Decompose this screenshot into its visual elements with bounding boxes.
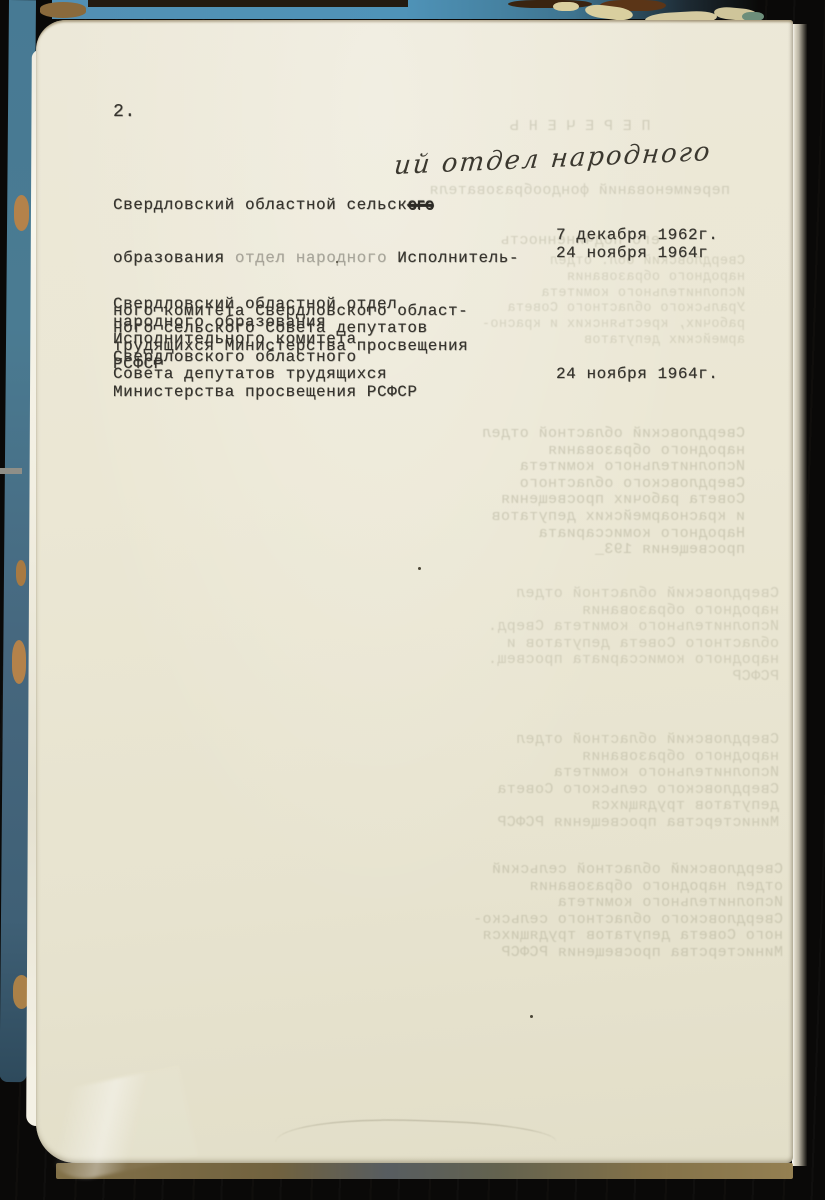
text-line: Народного комиссариата <box>483 526 745 543</box>
text-line: Министерства просвещения РСФСР <box>483 945 783 962</box>
scanned-document-view: П Е Р Е Ч Е Н Ь переименований фондообра… <box>0 0 825 1200</box>
entry-2-organization-name: Свердловский областной отделнародного об… <box>113 296 418 402</box>
paper-speck <box>336 261 338 263</box>
worn-cover-spot <box>16 560 26 586</box>
text-line: депутатов трудящихся <box>499 798 779 815</box>
bleedthrough-block: Свердловский областной отделнародного об… <box>483 426 745 559</box>
typed-text: Свердловский областной сельск <box>113 196 407 214</box>
cover-edge-bottom <box>56 1163 793 1179</box>
text-line: Свердловский областной отдел <box>483 426 745 443</box>
torn-paper-fragment <box>553 2 579 11</box>
text-line: народного образования <box>483 443 745 460</box>
text-line: армейских депутатов <box>545 333 745 349</box>
text-line: Уральского областного Совета <box>545 301 745 317</box>
text-line: рабочих, крестьянских и красно- <box>545 317 745 333</box>
text-line: народного образования <box>113 314 418 332</box>
text-line: 7 декабря 1962г. <box>556 227 718 245</box>
text-line: Совета рабочих просвещения <box>483 492 745 509</box>
paper-speck <box>530 1015 533 1018</box>
text-line: Исполнительного комитета <box>113 331 418 349</box>
underlying-pages-edge <box>792 24 807 1166</box>
text-line: РСФСР <box>499 669 779 686</box>
worn-cover-spot <box>14 195 29 231</box>
struck-text: ого <box>407 196 433 214</box>
text-line: просвещения 193_ <box>483 542 745 559</box>
text-line: Исполнительного комитета <box>545 286 745 302</box>
worn-cover-spot <box>12 640 26 684</box>
typed-text: образования <box>113 249 235 267</box>
torn-paper-fragment <box>508 0 592 8</box>
text-line: Министерства просвещения РСФСР <box>113 384 418 402</box>
paper-speck <box>418 567 421 570</box>
text-line: Свердловский областной сельский <box>483 862 783 879</box>
scanner-bed-scratch <box>0 468 22 474</box>
text-line: Совета депутатов трудящихся <box>113 366 418 384</box>
text-line: Исполнительного комитета <box>499 765 779 782</box>
entry-1-dates: 7 декабря 1962г.24 ноября 1964г <box>556 227 718 262</box>
torn-paper-fragment <box>88 0 408 7</box>
page-number: 2. <box>113 104 136 122</box>
typed-text: Исполнитель- <box>387 249 519 267</box>
worn-cover-spot <box>40 2 86 18</box>
text-line: Свердловский областной отдел <box>499 586 779 603</box>
erased-text: отдел народного <box>235 249 387 267</box>
document-page: П Е Р Е Ч Е Н Ь переименований фондообра… <box>36 20 793 1163</box>
text-line: народного образования <box>545 270 745 286</box>
bleedthrough-block: Свердловский областной сельскийотдел нар… <box>483 862 783 962</box>
text-line: народного комиссариата просвещ. <box>499 652 779 669</box>
text-line: Свердловского областного <box>483 476 745 493</box>
text-line: образования отдел народного Исполнитель- <box>113 250 519 268</box>
text-line: Свердловского областного <box>113 349 418 367</box>
text-line: Свердловский областной отдел <box>499 732 779 749</box>
text-line: Свердловского областного сельско- <box>483 912 783 929</box>
text-line: Свердловский областной сельского <box>113 197 519 215</box>
bleedthrough-block: Свердловский областной отделнародного об… <box>499 586 779 686</box>
text-line: народного образования <box>499 749 779 766</box>
text-line: областного Совета депутатов и <box>499 636 779 653</box>
paper-crease <box>276 1115 557 1152</box>
text-line: ного Совета депутатов трудящихся <box>483 928 783 945</box>
text-line: народного образования <box>499 603 779 620</box>
bleedthrough-block: Свердловский обл. отделнародного образов… <box>545 254 745 349</box>
text-line: и красноармейских депутатов <box>483 509 745 526</box>
text-line: Исполнительного комитета Сверд. <box>499 619 779 636</box>
bleedthrough-block: Свердловский областной отделнародного об… <box>499 732 779 832</box>
bleedthrough-title: П Е Р Е Ч Е Н Ь <box>430 119 730 136</box>
text-line: Свердловского сельского Совета <box>499 782 779 799</box>
text-line: отдел народного образования <box>483 879 783 896</box>
text-line: Свердловский областной отдел <box>113 296 418 314</box>
text-line: Министерства просвещения РСФСР <box>499 815 779 832</box>
text-line: Исполнительного комитета <box>483 459 745 476</box>
text-line: 24 ноября 1964г <box>556 245 718 263</box>
text-line: Исполнительного комитета <box>483 895 783 912</box>
entry-2-dates: 24 ноября 1964г. <box>556 366 718 384</box>
text-line: 24 ноября 1964г. <box>556 366 718 384</box>
